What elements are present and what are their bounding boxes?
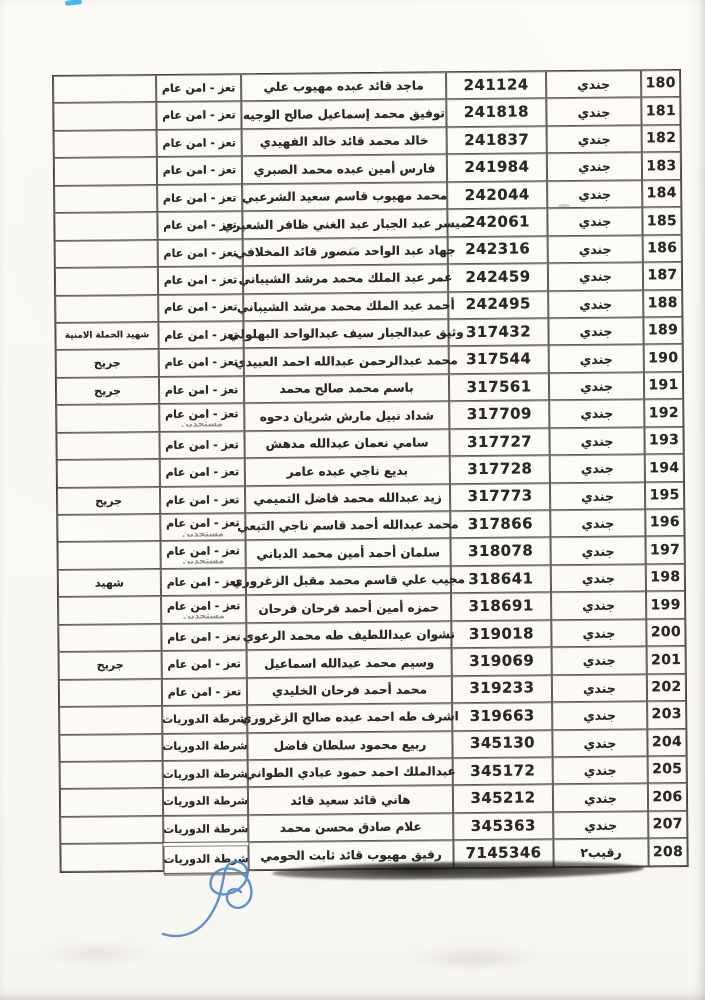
unit-label: تعز - امن عام [164, 274, 238, 286]
status-cell [58, 624, 161, 652]
scan-speck [558, 204, 570, 208]
serial-cell: 205 [648, 756, 687, 784]
scanned-document-page: 180 جندي 241124 ماجد قائد عبده مهيوب علي… [0, 0, 705, 1000]
serial-cell: 202 [647, 674, 686, 702]
service-number-cell: 319663 [452, 702, 552, 730]
service-number-cell: 241124 [446, 71, 546, 99]
personnel-table-wrap: 180 جندي 241124 ماجد قائد عبده مهيوب علي… [52, 69, 689, 873]
serial-cell: 194 [645, 454, 684, 482]
rank-cell: جندي [553, 784, 648, 812]
unit-note-label: مستجدين [182, 530, 224, 536]
serial-cell: 200 [646, 619, 685, 647]
unit-label: تعز - امن عام [163, 165, 237, 177]
status-cell [60, 788, 163, 816]
unit-label: تعز - امن عام [163, 192, 237, 204]
unit-cell: تعز - امن عام مستجدين [160, 513, 245, 541]
status-cell: جريح [57, 487, 160, 515]
name-cell: فارس أمين عبده محمد الصبري [242, 155, 447, 184]
unit-label: تعز - امن عام [168, 686, 242, 698]
service-number-cell: 345212 [453, 785, 553, 813]
rank-cell: جندي [551, 592, 646, 620]
name-cell: محمد عبدالرحمن عبدالله احمد العبيدي [244, 347, 449, 376]
serial-cell: 180 [641, 70, 680, 98]
cyan-pen-mark [65, 0, 82, 6]
status-cell [59, 734, 162, 762]
service-number-cell: 317773 [450, 483, 550, 511]
serial-cell: 183 [642, 152, 681, 180]
status-cell [55, 267, 158, 295]
serial-cell: 184 [642, 180, 681, 208]
rank-cell: جندي [551, 619, 646, 647]
unit-label: تعز - امن عام [164, 329, 238, 341]
rank-cell: جندي [549, 400, 644, 428]
rank-cell: جندي [550, 482, 645, 510]
name-cell: توفيق محمد إسماعيل صالح الوجيه [241, 100, 446, 129]
service-number-cell: 318078 [450, 538, 550, 566]
service-number-cell: 319069 [452, 647, 552, 675]
rank-cell: جندي [547, 208, 642, 236]
unit-cell: تعز - امن عام [157, 184, 242, 212]
status-cell [58, 596, 161, 624]
serial-cell: 187 [643, 262, 682, 290]
unit-cell: تعز - امن عام [159, 431, 244, 459]
serial-cell: 192 [644, 399, 683, 427]
unit-cell: تعز - امن عام [160, 486, 245, 514]
unit-label: تعز - امن عام [165, 357, 239, 369]
service-number-cell: 242459 [448, 263, 548, 291]
rank-cell: جندي [548, 317, 643, 345]
rank-cell: جندي [552, 701, 647, 729]
name-cell: محمد عبدالله أحمد قاسم ناجي التبعي [245, 511, 450, 540]
status-cell [59, 679, 162, 707]
scan-shadow [385, 944, 565, 972]
service-number-cell: 241984 [447, 154, 547, 182]
name-cell: ماجد قائد عبده مهيوب علي [241, 72, 446, 101]
rank-cell: جندي [549, 372, 644, 400]
name-cell: عمر عبد الملك محمد مرشد الشيباني [243, 264, 448, 293]
name-cell: محمد أحمد فرحان الخليدي [247, 676, 452, 705]
status-cell: شهيد الحملة الامنية [55, 322, 158, 350]
unit-label: تعز - امن عام [167, 658, 241, 670]
unit-cell: تعز - امن عام [157, 211, 242, 239]
serial-cell: 203 [647, 701, 686, 729]
unit-cell: تعز - امن عام [156, 74, 241, 102]
unit-label: تعز - امن عام [162, 82, 236, 94]
unit-label: تعز - امن عام [163, 247, 237, 259]
service-number-cell: 317561 [449, 373, 549, 401]
unit-label: تعز - امن عام [166, 494, 240, 506]
serial-cell: 190 [644, 344, 683, 372]
serial-cell: 204 [647, 728, 686, 756]
serial-cell: 188 [643, 289, 682, 317]
serial-cell: 182 [642, 125, 681, 153]
unit-cell: تعز - امن عام [156, 102, 241, 130]
service-number-cell: 317728 [450, 455, 550, 483]
unit-cell: تعز - امن عام [161, 568, 246, 596]
unit-cell: تعز - امن عام [162, 650, 247, 678]
service-number-cell: 345363 [453, 812, 553, 840]
unit-cell: شرطة الدوريات [163, 788, 248, 816]
serial-cell: 208 [648, 838, 687, 866]
unit-label: تعز - امن عام [163, 219, 237, 231]
service-number-cell: 242316 [448, 236, 548, 264]
rank-cell: جندي [550, 509, 645, 537]
unit-label: تعز - امن عام [166, 545, 240, 557]
name-cell: مجيب علي قاسم محمد مقبل الزغروري [246, 566, 451, 595]
name-cell: وسيم محمد عبدالله اسماعيل [247, 648, 452, 677]
service-number-cell: 317709 [449, 401, 549, 429]
unit-note-label: مستجدين [182, 558, 224, 564]
scan-speck [350, 247, 357, 250]
rank-cell: جندي [546, 70, 641, 98]
serial-cell: 181 [641, 97, 680, 125]
unit-cell: تعز - امن عام [157, 129, 242, 157]
service-number-cell: 319018 [451, 620, 551, 648]
personnel-table: 180 جندي 241124 ماجد قائد عبده مهيوب علي… [52, 69, 689, 873]
rank-cell: جندي [550, 454, 645, 482]
serial-cell: 195 [645, 482, 684, 510]
service-number-cell: 242495 [448, 291, 548, 319]
unit-label: تعز - امن عام [166, 518, 240, 530]
serial-cell: 186 [643, 235, 682, 263]
serial-cell: 193 [644, 427, 683, 455]
name-cell: ربيع محمود سلطان فاضل [247, 731, 452, 760]
name-cell: باسم محمد صالح محمد [244, 374, 449, 403]
name-cell: اشرف طه احمد عبده صالح الزغروري [247, 703, 452, 732]
rank-cell: جندي [552, 674, 647, 702]
unit-cell: شرطة الدوريات [162, 733, 247, 761]
status-cell [59, 706, 162, 734]
serial-cell: 207 [648, 811, 687, 839]
unit-cell: تعز - امن عام مستجدين [159, 403, 244, 431]
name-cell: ميسر عبد الجبار عبد الغني ظافر الشعيري [242, 209, 447, 238]
rank-cell: جندي [548, 290, 643, 318]
status-cell: شهيد [58, 569, 161, 597]
unit-label: تعز - امن عام [165, 439, 239, 451]
status-cell [53, 75, 156, 103]
unit-label: شرطة الدوريات [162, 741, 247, 753]
unit-cell: تعز - امن عام [158, 321, 243, 349]
serial-cell: 206 [648, 783, 687, 811]
unit-label: تعز - امن عام [167, 576, 241, 588]
service-number-cell: 317866 [450, 510, 550, 538]
unit-cell: تعز - امن عام [159, 349, 244, 377]
unit-cell: تعز - امن عام مستجدين [161, 541, 246, 569]
service-number-cell: 345130 [452, 730, 552, 758]
serial-cell: 196 [645, 509, 684, 537]
rank-cell: جندي [553, 756, 648, 784]
status-cell [56, 432, 159, 460]
unit-cell: تعز - امن عام [161, 623, 246, 651]
unit-cell: تعز - امن عام [157, 157, 242, 185]
rank-cell: جندي [548, 262, 643, 290]
service-number-cell: 319233 [452, 675, 552, 703]
unit-cell: تعز - امن عام [158, 266, 243, 294]
serial-cell: 191 [644, 372, 683, 400]
name-cell: عبدالملك احمد حمود عبادي الطواني [248, 758, 453, 787]
serial-cell: 199 [646, 591, 685, 619]
unit-label: تعز - امن عام [162, 137, 236, 149]
unit-label: شرطة الدوريات [163, 768, 248, 780]
rank-cell: جندي [550, 537, 645, 565]
unit-cell: شرطة الدوريات [163, 760, 248, 788]
status-cell [57, 514, 160, 542]
service-number-cell: 318641 [451, 565, 551, 593]
unit-label: شرطة الدوريات [162, 713, 247, 725]
rank-cell: جندي [553, 811, 648, 839]
status-cell [58, 541, 161, 569]
name-cell: شداد نبيل مارش شريان دحوه [244, 401, 449, 430]
status-cell [55, 240, 158, 268]
serial-cell: 198 [646, 564, 685, 592]
status-cell [54, 157, 157, 185]
unit-label: تعز - امن عام [167, 600, 241, 612]
unit-cell: شرطة الدوريات [162, 705, 247, 733]
rank-cell: جندي [546, 98, 641, 126]
name-cell: محمد مهيوب قاسم سعيد الشرعبي [242, 182, 447, 211]
status-cell [56, 404, 159, 432]
unit-label: تعز - امن عام [164, 302, 238, 314]
status-cell [55, 295, 158, 323]
serial-cell: 197 [645, 536, 684, 564]
status-cell [60, 816, 163, 844]
unit-cell: تعز - امن عام [159, 376, 244, 404]
rank-cell: جندي [549, 427, 644, 455]
name-cell: سلمان أحمد أمين محمد الدباني [246, 539, 451, 568]
unit-cell: شرطة الدوريات [163, 815, 248, 843]
rank-cell: جندي [547, 125, 642, 153]
status-cell [60, 843, 163, 871]
rank-cell: جندي [552, 647, 647, 675]
unit-label: شرطة الدوريات [163, 796, 248, 808]
name-cell: جهاد عبد الواحد منصور قائد المخلافي [243, 237, 448, 266]
serial-cell: 185 [642, 207, 681, 235]
unit-cell: تعز - امن عام [160, 458, 245, 486]
unit-cell: تعز - امن عام [158, 239, 243, 267]
unit-label: تعز - امن عام [165, 408, 239, 420]
service-number-cell: 241818 [446, 99, 546, 127]
rank-cell: جندي [552, 729, 647, 757]
unit-label: تعز - امن عام [165, 384, 239, 396]
name-cell: سامي نعمان عبدالله مدهش [244, 429, 449, 458]
rank-cell: جندي [547, 153, 642, 181]
service-number-cell: 317727 [449, 428, 549, 456]
unit-label: تعز - امن عام [162, 110, 236, 122]
unit-cell: تعز - امن عام مستجدين [161, 596, 246, 624]
service-number-cell: 318691 [451, 593, 551, 621]
status-cell [53, 102, 156, 130]
serial-cell: 189 [643, 317, 682, 345]
name-cell: نشوان عبداللطيف طه محمد الرعوي [246, 621, 451, 650]
unit-label: تعز - امن عام [167, 631, 241, 643]
rank-cell: جندي [549, 345, 644, 373]
status-cell [54, 130, 157, 158]
unit-note-label: مستجدين [181, 421, 223, 427]
status-cell: جريح [56, 377, 159, 405]
unit-cell: تعز - امن عام [162, 678, 247, 706]
service-number-cell: 317544 [449, 346, 549, 374]
status-cell: جريح [59, 651, 162, 679]
status-cell [57, 459, 160, 487]
signature-mark [156, 854, 298, 946]
status-cell [60, 761, 163, 789]
name-cell: حمزه أمين أحمد فرحان فرحان [246, 594, 451, 623]
service-number-cell: 345172 [453, 757, 553, 785]
service-number-cell: 241837 [447, 126, 547, 154]
status-cell [54, 185, 157, 213]
status-cell: جريح [56, 349, 159, 377]
name-cell: بديع ناجي عبده عامر [245, 456, 450, 485]
serial-cell: 201 [647, 646, 686, 674]
unit-label: تعز - امن عام [166, 466, 240, 478]
rank-cell: جندي [551, 564, 646, 592]
name-cell: زيد عبدالله محمد فاضل التميمي [245, 484, 450, 513]
name-cell: علام صادق محسن محمد [248, 813, 453, 842]
name-cell: وثيق عبدالجبار سيف عبدالواحد البهلولي [243, 319, 448, 348]
unit-cell: تعز - امن عام [158, 294, 243, 322]
unit-note-label: مستجدين [183, 613, 225, 619]
scan-speck [96, 402, 101, 405]
rank-cell: جندي [548, 235, 643, 263]
status-cell [54, 212, 157, 240]
name-cell: هاني قائد سعيد قائد [248, 786, 453, 815]
unit-label: شرطة الدوريات [163, 823, 248, 835]
name-cell: أحمد عبد الملك محمد مرشد الشيباني [243, 292, 448, 321]
name-cell: خالد محمد قائد خالد الفهيدي [242, 127, 447, 156]
service-number-cell: 242044 [447, 181, 547, 209]
